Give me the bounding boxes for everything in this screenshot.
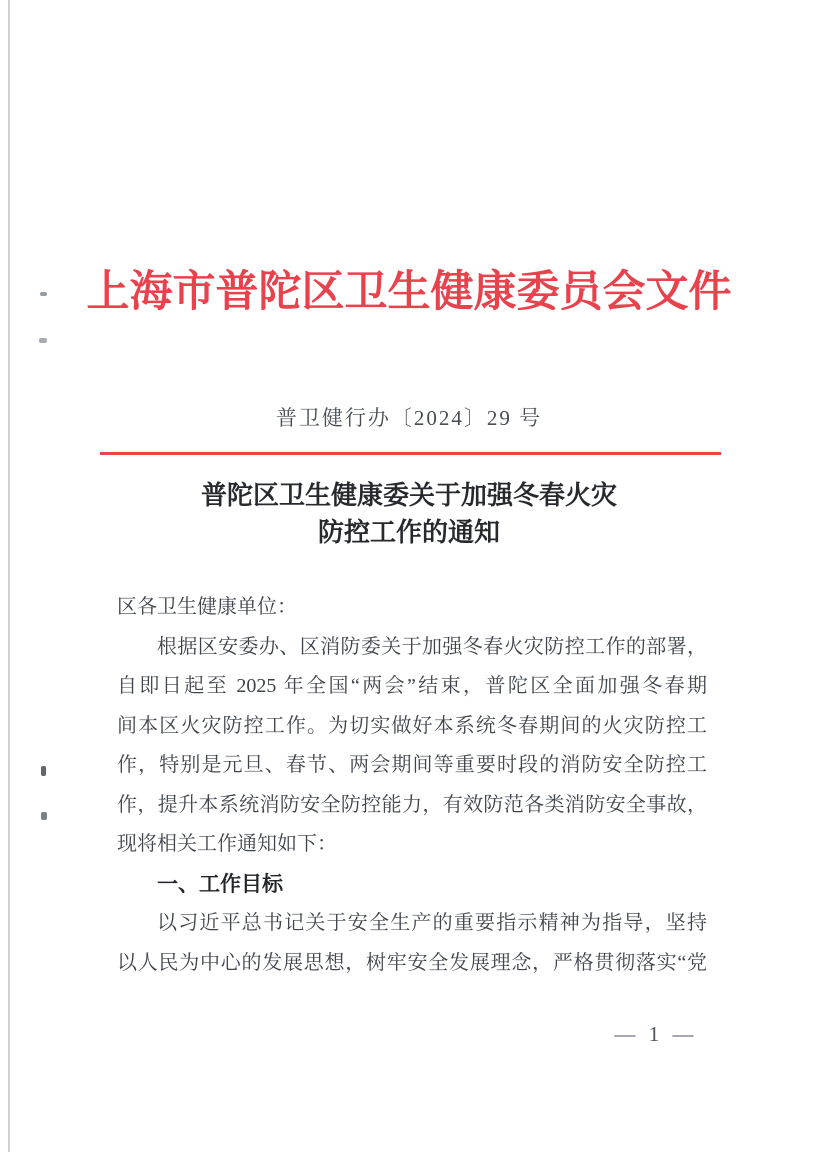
body-line: 一、工作目标 [117,865,707,905]
page-number: — 1 — [596,1022,716,1047]
body-line: 现将相关工作通知如下： [117,825,707,865]
red-divider-line [100,452,721,455]
body-line: 作，特别是元旦、春节、两会期间等重要时段的消防安全防控工 [117,746,707,786]
body-line: 以人民为中心的发展思想，树牢安全发展理念，严格贯彻落实“党 [117,944,707,984]
scan-artifact [41,766,46,776]
body-line: 区各卫生健康单位： [117,588,707,628]
body-line: 作，提升本系统消防安全防控能力，有效防范各类消防安全事故， [117,786,707,826]
document-title: 普陀区卫生健康委关于加强冬春火灾 防控工作的通知 [0,477,818,551]
body-line: 间本区火灾防控工作。为切实做好本系统冬春期间的火灾防控工 [117,707,707,747]
document-number: 普卫健行办〔2024〕29 号 [0,402,818,432]
body-line: 根据区安委办、区消防委关于加强冬春火灾防控工作的部署， [117,628,707,668]
document-body: 区各卫生健康单位：根据区安委办、区消防委关于加强冬春火灾防控工作的部署，自即日起… [117,588,707,983]
scanned-page: 上海市普陀区卫生健康委员会文件 普卫健行办〔2024〕29 号 普陀区卫生健康委… [0,0,818,1152]
document-title-line1: 普陀区卫生健康委关于加强冬春火灾 [0,477,818,514]
page-edge-shadow [8,0,10,1152]
scan-artifact [41,812,47,820]
document-title-line2: 防控工作的通知 [0,514,818,551]
scan-artifact [39,338,47,343]
body-line: 自即日起至 2025 年全国“两会”结束，普陀区全面加强冬春期 [117,667,707,707]
document-header-title: 上海市普陀区卫生健康委员会文件 [0,258,818,319]
body-line: 以习近平总书记关于安全生产的重要指示精神为指导，坚持 [117,904,707,944]
